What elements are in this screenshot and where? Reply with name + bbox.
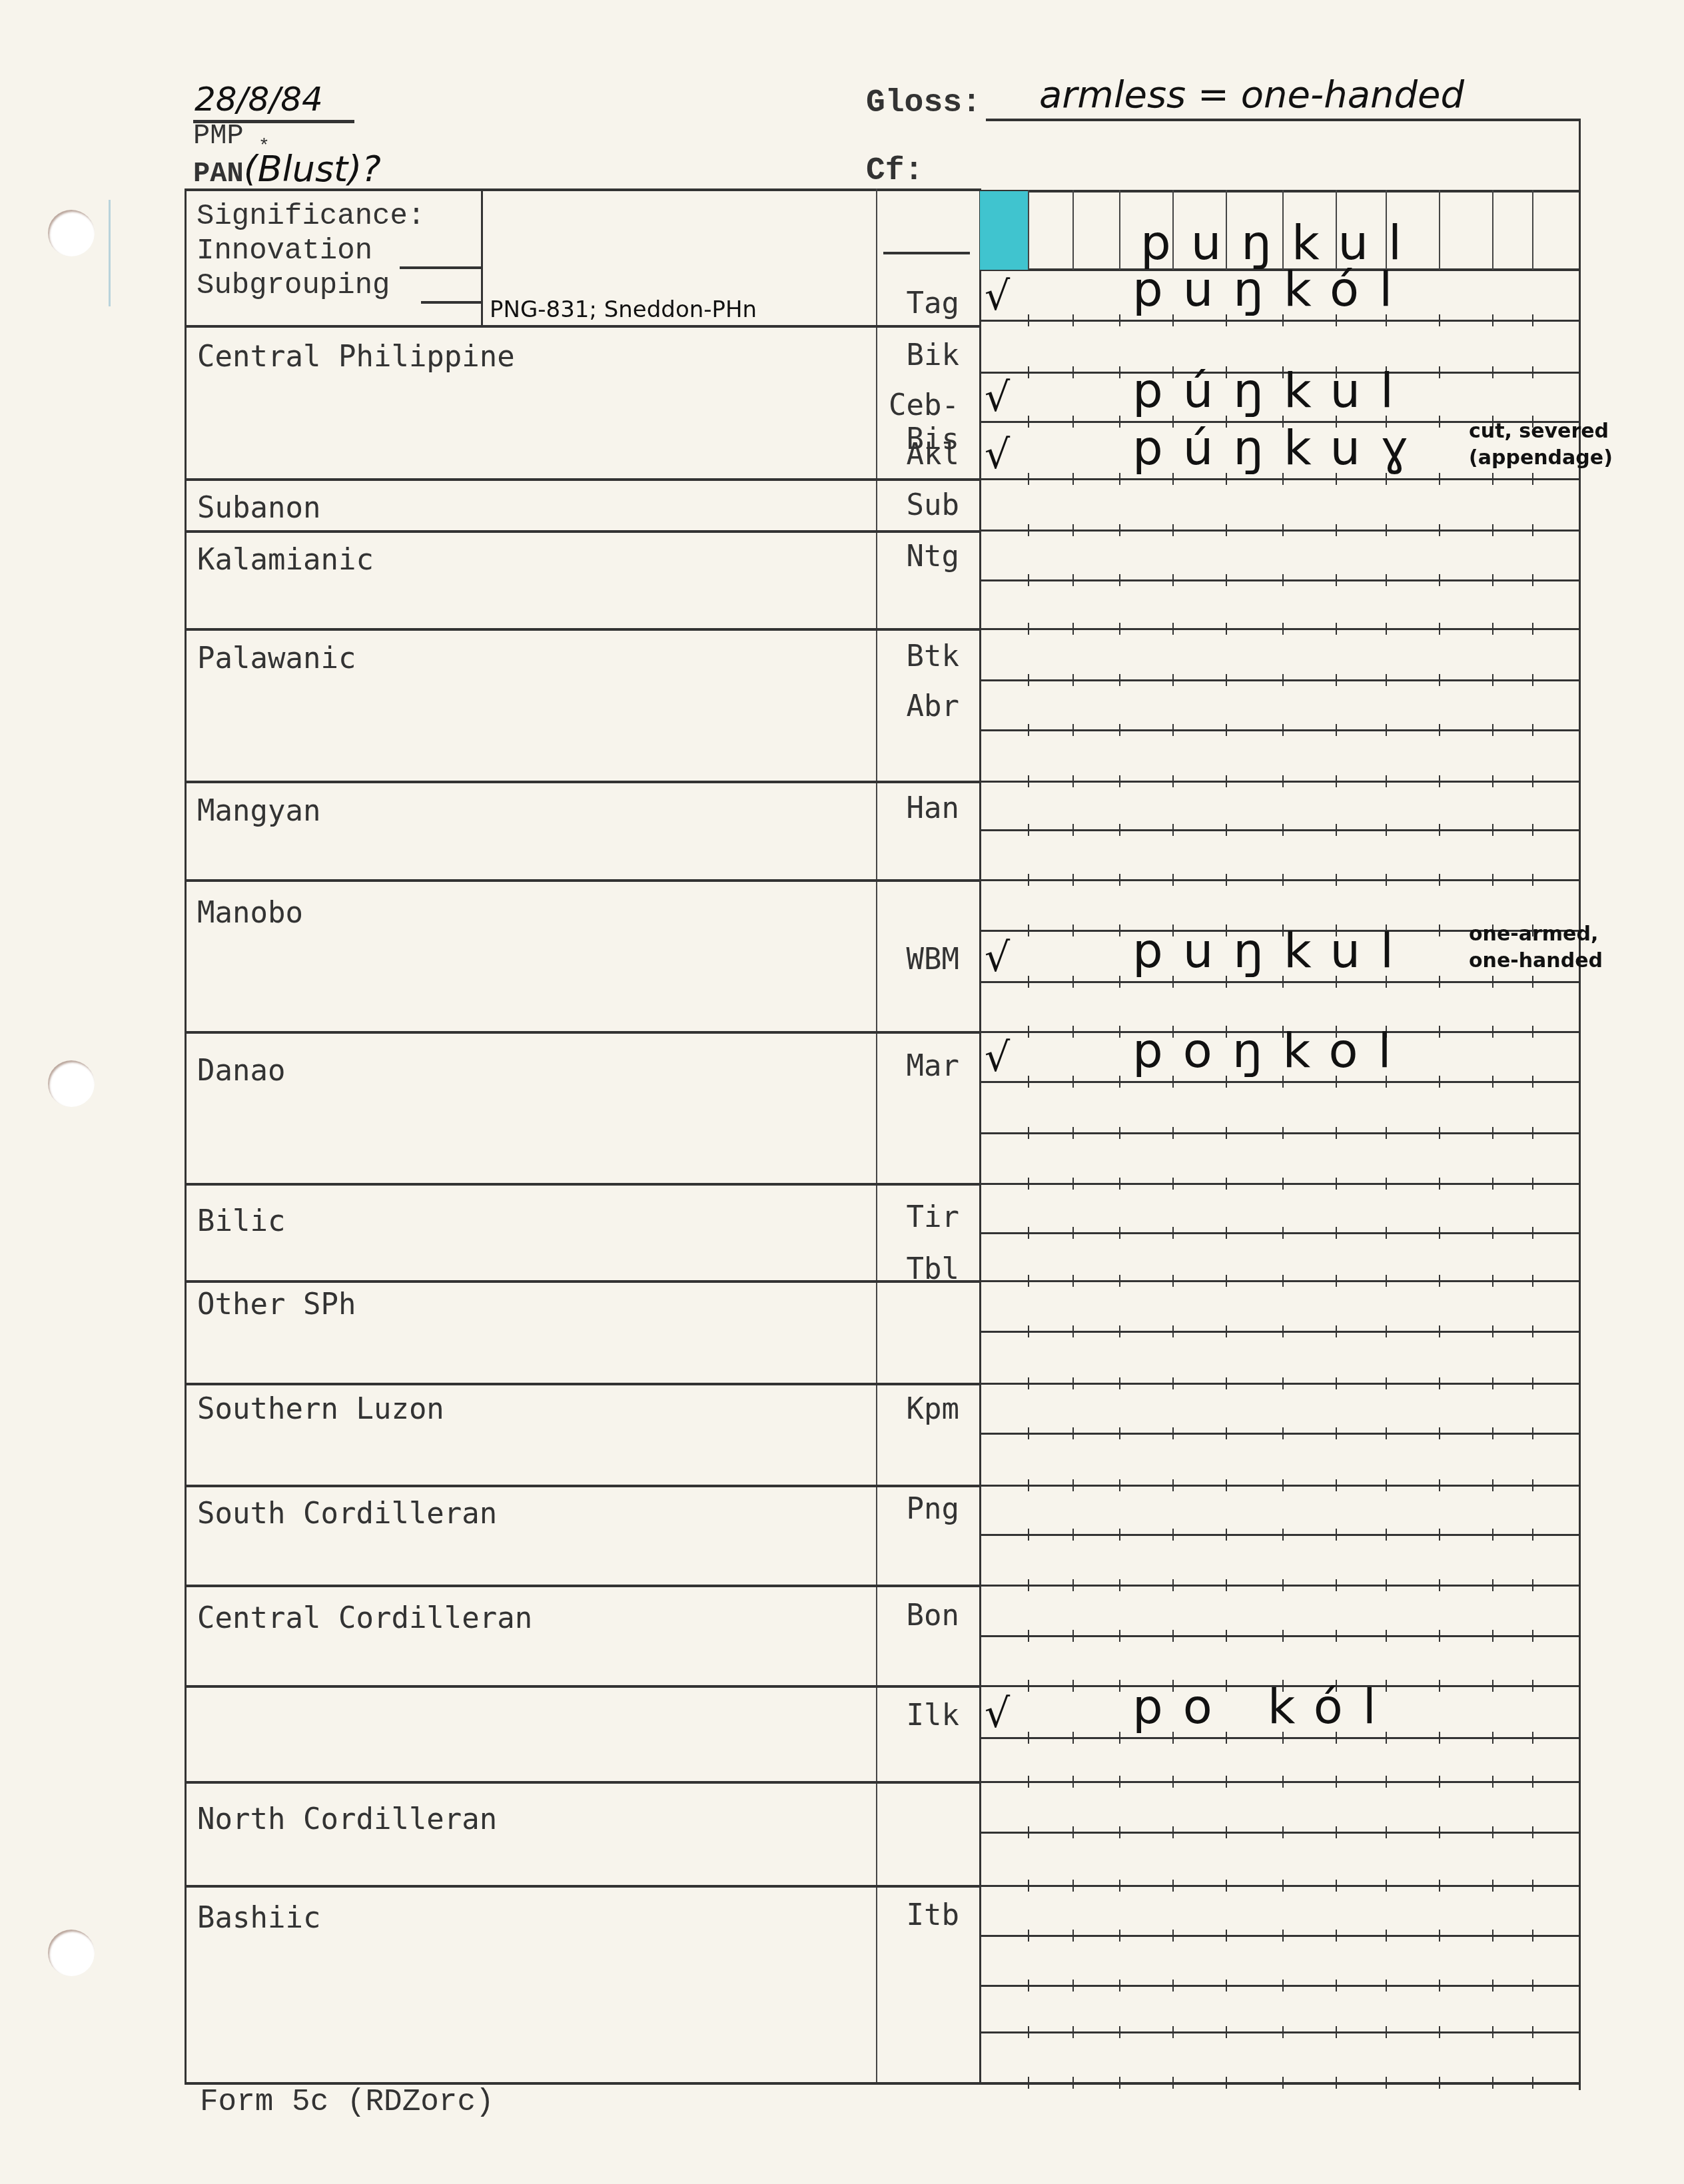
grid-tick [1226,1275,1227,1287]
entry-baseline [979,478,1580,480]
grid-tick [1439,1680,1440,1692]
grid-tick [1492,1275,1493,1287]
grid-tick [1028,1930,1029,1942]
group-label: Central Philippine [197,340,515,374]
gloss-note: one-armed, one-handed [1469,921,1615,974]
grid-tick [1072,416,1074,428]
grid-tick [1172,724,1174,736]
grid-tick [1439,1630,1440,1642]
grid-tick [1028,1680,1029,1692]
check-mark-icon[interactable]: √ [985,374,1010,421]
grid-tick [1226,724,1227,736]
grid-tick [1386,1325,1387,1337]
grid-line [979,879,1580,881]
grid-tick [1226,1325,1227,1337]
language-code: Akl [846,438,959,472]
entry-baseline [979,1433,1580,1435]
grid-tick [1532,574,1533,586]
grid-tick [1439,1377,1440,1389]
grid-tick [1119,1275,1120,1287]
grid-tick [1072,1275,1074,1287]
grid-tick [1492,1930,1493,1942]
grid-line [979,781,1580,783]
grid-tick [1119,1776,1120,1788]
grid-tick [1119,674,1120,686]
grid-tick [1072,1630,1074,1642]
grid-tick [1119,775,1120,787]
grid-tick [1226,1579,1227,1591]
grid-tick [1492,724,1493,736]
grid-tick [1386,1178,1387,1190]
grid-tick [1072,674,1074,686]
grid-tick [1439,1579,1440,1591]
grid-tick [1492,976,1493,988]
grid-tick [1439,1026,1440,1038]
entry-baseline [979,1935,1580,1937]
grid-tick [1336,1826,1337,1838]
cognate-form[interactable]: púŋkuɣ [1132,420,1429,476]
grid-tick [1282,775,1284,787]
grid-tick [1172,2077,1174,2089]
grid-tick [1028,1275,1029,1287]
proto-pmp: PMP [193,120,244,152]
cognate-form[interactable]: po kól [1132,1678,1396,1734]
grid-tick [1439,1980,1440,1992]
grid-tick [1119,623,1120,635]
grid-tick [1492,1325,1493,1337]
recon-cell-divider [1439,190,1440,270]
grid-tick [1028,2026,1029,2038]
cognate-form[interactable]: púŋkul [1132,362,1414,418]
group-divider [185,478,981,481]
grid-tick [1492,1680,1493,1692]
grid-tick [1439,1178,1440,1190]
grid-tick [1532,1880,1533,1892]
grid-tick [1072,874,1074,886]
grid-tick [1532,1826,1533,1838]
grid-tick [1439,314,1440,326]
entry-baseline [979,1232,1580,1234]
grid-tick [1532,2026,1533,2038]
innovation-blank[interactable] [400,266,481,269]
grid-tick [1172,1579,1174,1591]
group-label: Kalamianic [197,543,374,577]
grid-tick [1439,775,1440,787]
grid-tick [1532,1980,1533,1992]
grid-tick [1282,1227,1284,1239]
group-label: South Cordilleran [197,1497,497,1531]
grid-tick [1439,1076,1440,1088]
grid-tick [1492,574,1493,586]
grid-tick [1119,1227,1120,1239]
grid-tick [1028,366,1029,378]
grid-tick [1386,1579,1387,1591]
grid-tick [1386,1479,1387,1491]
grid-tick [1072,1980,1074,1992]
grid-tick [1226,1630,1227,1642]
grid-tick [1282,1930,1284,1942]
language-code: Tag [846,286,959,320]
grid-tick [1226,1178,1227,1190]
grid-tick [1172,674,1174,686]
grid-tick [1226,1529,1227,1541]
grid-tick [1282,574,1284,586]
grid-tick [1282,1776,1284,1788]
grid-tick [1386,1127,1387,1139]
grid-tick [1119,1325,1120,1337]
grid-tick [1282,524,1284,536]
grid-tick [1336,1630,1337,1642]
grid-tick [1282,1479,1284,1491]
grid-tick [1028,574,1029,586]
grid-tick [1439,1776,1440,1788]
group-divider [185,1685,981,1688]
grid-tick [1028,824,1029,836]
group-divider [185,325,981,328]
grid-tick [1072,1076,1074,1088]
grid-tick [1532,1427,1533,1439]
grid-tick [1028,1880,1029,1892]
grid-tick [1072,1026,1074,1038]
grid-tick [1028,1529,1029,1541]
grid-tick [1072,2026,1074,2038]
grid-tick [1336,1776,1337,1788]
grid-tick [1336,2077,1337,2089]
group-divider [185,1183,981,1186]
grid-tick [1492,623,1493,635]
grid-tick [1532,1127,1533,1139]
language-code: Tbl [846,1252,959,1286]
grid-tick [1439,674,1440,686]
grid-tick [1072,1178,1074,1190]
group-label: Mangyan [197,794,320,828]
group-divider [185,781,981,783]
grid-tick [1172,1630,1174,1642]
group-divider [185,1031,981,1034]
grid-tick [1532,1178,1533,1190]
group-label: Manobo [197,896,303,930]
grid-tick [1172,1227,1174,1239]
grid-tick [1386,874,1387,886]
grid-tick [1439,1529,1440,1541]
cognate-form[interactable]: puŋkól [1132,261,1412,317]
grid-tick [1282,1275,1284,1287]
grid-tick [1336,1227,1337,1239]
grid-tick [1072,724,1074,736]
grid-tick [1282,1427,1284,1439]
grid-tick [1439,574,1440,586]
grid-tick [1532,775,1533,787]
grid-tick [1386,724,1387,736]
cognate-form[interactable]: puŋkul [1132,922,1414,978]
margin-rule [109,200,111,306]
grid-tick [1386,574,1387,586]
grid-tick [1336,1427,1337,1439]
grid-tick [1119,1427,1120,1439]
grid-tick [1172,1275,1174,1287]
grid-tick [1072,924,1074,936]
group-divider [185,1383,981,1385]
grid-tick [1028,874,1029,886]
grid-tick [1386,1630,1387,1642]
grid-line [979,1132,1580,1134]
grid-tick [1028,724,1029,736]
grid-tick [1532,1076,1533,1088]
grid-tick [1172,1479,1174,1491]
grid-tick [1386,1427,1387,1439]
grid-tick [1072,1680,1074,1692]
grid-tick [1336,674,1337,686]
grid-tick [1439,1826,1440,1838]
grid-tick [1226,524,1227,536]
gloss-note: cut, severed (appendage) [1469,418,1615,472]
grid-tick [1492,314,1493,326]
grid-tick [1119,473,1120,485]
grid-tick [1492,1427,1493,1439]
entry-baseline [979,829,1580,831]
grid-tick [1282,1579,1284,1591]
frame-left [185,188,187,2083]
grid-tick [1072,1427,1074,1439]
grid-tick [1532,1732,1533,1744]
grid-tick [1028,924,1029,936]
grid-tick [1492,1776,1493,1788]
grid-tick [1439,416,1440,428]
group-label: Palawanic [197,641,356,675]
grid-tick [1439,2077,1440,2089]
check-mark-icon[interactable]: √ [985,432,1010,478]
group-label: Danao [197,1054,285,1088]
grid-tick [1439,976,1440,988]
grid-tick [1492,1732,1493,1744]
grid-tick [1119,1579,1120,1591]
grid-tick [1172,623,1174,635]
date: 28/8/84 [195,80,323,119]
grid-tick [1119,724,1120,736]
grid-tick [1439,366,1440,378]
grid-tick [1119,1980,1120,1992]
check-mark-icon[interactable]: √ [985,273,1010,320]
grid-tick [1072,976,1074,988]
grid-tick [1282,623,1284,635]
grid-tick [1119,1930,1120,1942]
proto-attribution: (Blust)? [244,148,381,190]
grid-tick [1336,1579,1337,1591]
recon-cell-divider [1532,190,1533,270]
grid-tick [1532,366,1533,378]
grid-tick [1439,1325,1440,1337]
proto-pan-label: PAN [193,158,244,190]
grid-tick [1119,1026,1120,1038]
grid-tick [1439,724,1440,736]
grid-tick [1439,2026,1440,2038]
grid-tick [1072,366,1074,378]
grid-tick [1072,775,1074,787]
grid-tick [1072,1127,1074,1139]
grid-tick [1028,1980,1029,1992]
grid-tick [1072,1579,1074,1591]
grid-tick [1492,874,1493,886]
grid-tick [1492,1377,1493,1389]
grid-tick [1386,2077,1387,2089]
grid-tick [1282,874,1284,886]
grid-tick [1336,1930,1337,1942]
check-mark-icon[interactable]: √ [985,1034,1010,1081]
grid-tick [1492,1127,1493,1139]
grid-tick [1028,1026,1029,1038]
grid-tick [1172,824,1174,836]
grid-tick [1028,1579,1029,1591]
grid-tick [1172,1377,1174,1389]
grid-tick [1439,824,1440,836]
grid-tick [1172,1826,1174,1838]
grid-tick [1119,524,1120,536]
grid-tick [1028,1377,1029,1389]
grid-tick [1532,1930,1533,1942]
grid-line [979,1485,1580,1487]
grid-tick [1282,1377,1284,1389]
subgrouping-blank[interactable] [421,301,481,304]
gloss-value[interactable]: armless = one-handed [1039,73,1464,117]
grid-tick [1282,1529,1284,1541]
group-label: Other SPh [197,1287,356,1321]
recon-cell-divider [1072,190,1074,270]
recon-top-line [979,190,1580,192]
grid-tick [1336,1377,1337,1389]
grid-tick [1119,314,1120,326]
grid-tick [1336,1325,1337,1337]
grid-tick [1532,1377,1533,1389]
entry-baseline [979,320,1580,322]
grid-tick [1532,824,1533,836]
language-code: Kpm [846,1392,959,1426]
grid-tick [1336,874,1337,886]
recon-cell-divider [1492,190,1493,270]
grid-tick [1226,824,1227,836]
cognate-form[interactable]: poŋkol [1132,1022,1412,1078]
grid-tick [1336,724,1337,736]
recon-cell-divider [1119,190,1120,270]
grid-line [979,1781,1580,1783]
grid-tick [1226,1427,1227,1439]
grid-line [979,1383,1580,1385]
code-column-divider [876,188,877,2083]
grid-tick [1532,2077,1533,2089]
grid-tick [1028,416,1029,428]
grid-tick [1072,314,1074,326]
grid-tick [1386,2026,1387,2038]
grid-tick [1028,623,1029,635]
punch-hole-top [48,210,95,256]
group-divider [185,1585,981,1587]
grid-tick [1172,1127,1174,1139]
grid-tick [1226,1377,1227,1389]
grid-tick [1072,524,1074,536]
grid-tick [1532,623,1533,635]
grid-tick [1172,1325,1174,1337]
grid-tick [1226,1127,1227,1139]
grid-tick [1119,2077,1120,2089]
grid-tick [1492,1579,1493,1591]
grid-tick [1282,2026,1284,2038]
check-mark-icon[interactable]: √ [985,1690,1010,1737]
grid-tick [1492,2077,1493,2089]
language-code: Abr [846,689,959,723]
check-mark-icon[interactable]: √ [985,934,1010,981]
grid-tick [1028,1325,1029,1337]
grid-tick [1439,524,1440,536]
grid-tick [1119,1377,1120,1389]
grid-tick [1119,1680,1120,1692]
grid-tick [1028,473,1029,485]
grid-tick [1282,1880,1284,1892]
grid-tick [1028,1479,1029,1491]
language-code: Ntg [846,540,959,573]
grid-tick [1282,2077,1284,2089]
grid-tick [1028,1178,1029,1190]
grid-tick [1532,674,1533,686]
grid-tick [1439,1427,1440,1439]
grid-tick [1386,1776,1387,1788]
language-code: Han [846,791,959,825]
grid-left [979,188,981,2083]
grid-tick [1172,1880,1174,1892]
grid-tick [1336,623,1337,635]
grid-tick [1532,1479,1533,1491]
grid-tick [1282,1630,1284,1642]
group-label: Bashiic [197,1901,320,1935]
grid-tick [1072,1479,1074,1491]
grid-tick [1439,1127,1440,1139]
grid-tick [1028,1076,1029,1088]
grid-tick [1226,1479,1227,1491]
grid-tick [1282,824,1284,836]
language-code: Bik [846,338,959,372]
entry-baseline [979,1280,1580,1282]
grid-tick [1226,1980,1227,1992]
grid-tick [1028,2077,1029,2089]
entry-baseline [979,1081,1580,1083]
grid-tick [1439,874,1440,886]
grid-tick [1532,1325,1533,1337]
grid-tick [1172,775,1174,787]
grid-tick [1336,2026,1337,2038]
gloss-underline [986,119,1581,121]
grid-tick [1386,1930,1387,1942]
grid-line [979,1985,1580,1987]
grid-tick [1439,1275,1440,1287]
grid-tick [1072,2077,1074,2089]
grid-tick [1119,2026,1120,2038]
grid-tick [1028,1732,1029,1744]
grid-line [979,1885,1580,1887]
grid-tick [1336,524,1337,536]
grid-tick [1336,1880,1337,1892]
grid-tick [1492,1880,1493,1892]
grid-tick [1072,1776,1074,1788]
grid-tick [1282,724,1284,736]
grid-tick [1336,1275,1337,1287]
grid-tick [1386,1980,1387,1992]
grid-tick [1172,1178,1174,1190]
highlight-cell [980,191,1028,270]
grid-tick [1532,1776,1533,1788]
grid-tick [1439,1880,1440,1892]
grid-tick [1282,674,1284,686]
grid-tick [1028,524,1029,536]
grid-tick [1226,1930,1227,1942]
grid-tick [1336,1479,1337,1491]
